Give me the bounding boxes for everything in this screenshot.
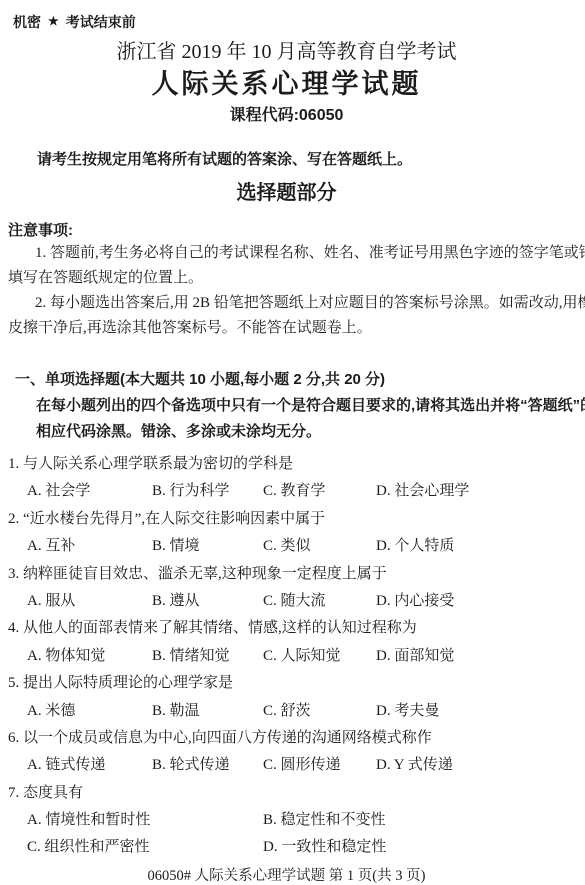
option-a: A. 情境性和暂时性 — [27, 807, 263, 834]
exam-session-line: 浙江省 2019 年 10 月高等教育自学考试 — [8, 39, 565, 65]
note-line: 1. 答题前,考生务必将自己的考试课程名称、姓名、准考证号用黑色字迹的签字笔或钢… — [8, 241, 565, 266]
option-b: B. 稳定性和不变性 — [263, 807, 565, 834]
notes-heading: 注意事项: — [8, 221, 565, 241]
question-list: 1. 与人际关系心理学联系最为密切的学科是 A. 社会学 B. 行为科学 C. … — [8, 451, 565, 862]
question-stem: 7. 态度具有 — [8, 780, 565, 807]
section-heading: 选择题部分 — [8, 179, 565, 207]
part-heading: 一、单项选择题(本大题共 10 小题,每小题 2 分,共 20 分) — [8, 367, 565, 393]
question-options: C. 组织性和严密性 D. 一致性和稳定性 — [8, 834, 565, 861]
option-b: B. 情境 — [152, 533, 263, 560]
question-stem: 5. 提出人际特质理论的心理学家是 — [8, 670, 565, 697]
question-stem: 3. 纳粹匪徒盲目效忠、滥杀无辜,这种现象一定程度上属于 — [8, 561, 565, 588]
option-a: A. 物体知觉 — [27, 643, 152, 670]
question-options: A. 物体知觉 B. 情绪知觉 C. 人际知觉 D. 面部知觉 — [8, 643, 565, 670]
question-options: A. 米德 B. 勒温 C. 舒茨 D. 考夫曼 — [8, 698, 565, 725]
option-a: A. 服从 — [27, 588, 152, 615]
question-6: 6. 以一个成员或信息为中心,向四面八方传递的沟通网络模式称作 A. 链式传递 … — [8, 725, 565, 780]
option-a: A. 米德 — [27, 698, 152, 725]
question-7: 7. 态度具有 A. 情境性和暂时性 B. 稳定性和不变性 C. 组织性和严密性… — [8, 780, 565, 862]
question-3: 3. 纳粹匪徒盲目效忠、滥杀无辜,这种现象一定程度上属于 A. 服从 B. 遵从… — [8, 561, 565, 616]
option-b: B. 遵从 — [152, 588, 263, 615]
option-b: B. 情绪知觉 — [152, 643, 263, 670]
note-line: 填写在答题纸规定的位置上。 — [8, 266, 565, 291]
question-stem: 4. 从他人的面部表情来了解其情绪、情感,这样的认知过程称为 — [8, 615, 565, 642]
page-title: 人际关系心理学试题 — [8, 67, 565, 101]
option-a: A. 社会学 — [27, 478, 152, 505]
question-options: A. 链式传递 B. 轮式传递 C. 圆形传递 D. Y 式传递 — [8, 752, 565, 779]
option-d: D. 一致性和稳定性 — [263, 834, 565, 861]
question-options: A. 服从 B. 遵从 C. 随大流 D. 内心接受 — [8, 588, 565, 615]
option-b: B. 勒温 — [152, 698, 263, 725]
option-c: C. 类似 — [263, 533, 376, 560]
note-line: 2. 每小题选出答案后,用 2B 铅笔把答题纸上对应题目的答案标号涂黑。如需改动… — [8, 291, 565, 316]
option-d: D. 考夫曼 — [376, 698, 565, 725]
question-1: 1. 与人际关系心理学联系最为密切的学科是 A. 社会学 B. 行为科学 C. … — [8, 451, 565, 506]
question-5: 5. 提出人际特质理论的心理学家是 A. 米德 B. 勒温 C. 舒茨 D. 考… — [8, 670, 565, 725]
option-c: C. 人际知觉 — [263, 643, 376, 670]
option-d: D. 个人特质 — [376, 533, 565, 560]
option-a: A. 链式传递 — [27, 752, 152, 779]
option-c: C. 舒茨 — [263, 698, 376, 725]
security-marking: 机密 ★ 考试结束前 — [8, 12, 565, 32]
security-timing: 考试结束前 — [66, 12, 136, 32]
note-line: 皮擦干净后,再选涂其他答案标号。不能答在试题卷上。 — [8, 316, 565, 341]
course-code: 课程代码:06050 — [8, 105, 565, 126]
option-c: C. 圆形传递 — [263, 752, 376, 779]
option-c: C. 随大流 — [263, 588, 376, 615]
option-d: D. Y 式传递 — [376, 752, 565, 779]
star-icon: ★ — [48, 14, 59, 28]
option-b: B. 行为科学 — [152, 478, 263, 505]
page-footer: 06050# 人际关系心理学试题 第 1 页(共 3 页) — [8, 866, 565, 885]
option-d: D. 面部知觉 — [376, 643, 565, 670]
question-options: A. 情境性和暂时性 B. 稳定性和不变性 — [8, 807, 565, 834]
exam-paper-page: 机密 ★ 考试结束前 浙江省 2019 年 10 月高等教育自学考试 人际关系心… — [0, 0, 585, 885]
question-options: A. 社会学 B. 行为科学 C. 教育学 D. 社会心理学 — [8, 478, 565, 505]
option-a: A. 互补 — [27, 533, 152, 560]
option-d: D. 社会心理学 — [376, 478, 565, 505]
option-b: B. 轮式传递 — [152, 752, 263, 779]
security-label: 机密 — [13, 12, 41, 32]
part-instruction-line: 在每小题列出的四个备选项中只有一个是符合题目要求的,请将其选出并将“答题纸”的 — [8, 393, 565, 419]
question-stem: 2. “近水楼台先得月”,在人际交往影响因素中属于 — [8, 506, 565, 533]
part-instruction-line: 相应代码涂黑。错涂、多涂或未涂均无分。 — [8, 419, 565, 445]
question-2: 2. “近水楼台先得月”,在人际交往影响因素中属于 A. 互补 B. 情境 C.… — [8, 506, 565, 561]
question-stem: 1. 与人际关系心理学联系最为密切的学科是 — [8, 451, 565, 478]
question-4: 4. 从他人的面部表情来了解其情绪、情感,这样的认知过程称为 A. 物体知觉 B… — [8, 615, 565, 670]
question-stem: 6. 以一个成员或信息为中心,向四面八方传递的沟通网络模式称作 — [8, 725, 565, 752]
option-c: C. 教育学 — [263, 478, 376, 505]
option-d: D. 内心接受 — [376, 588, 565, 615]
question-options: A. 互补 B. 情境 C. 类似 D. 个人特质 — [8, 533, 565, 560]
option-c: C. 组织性和严密性 — [27, 834, 263, 861]
answer-sheet-instruction: 请考生按规定用笔将所有试题的答案涂、写在答题纸上。 — [8, 150, 565, 170]
